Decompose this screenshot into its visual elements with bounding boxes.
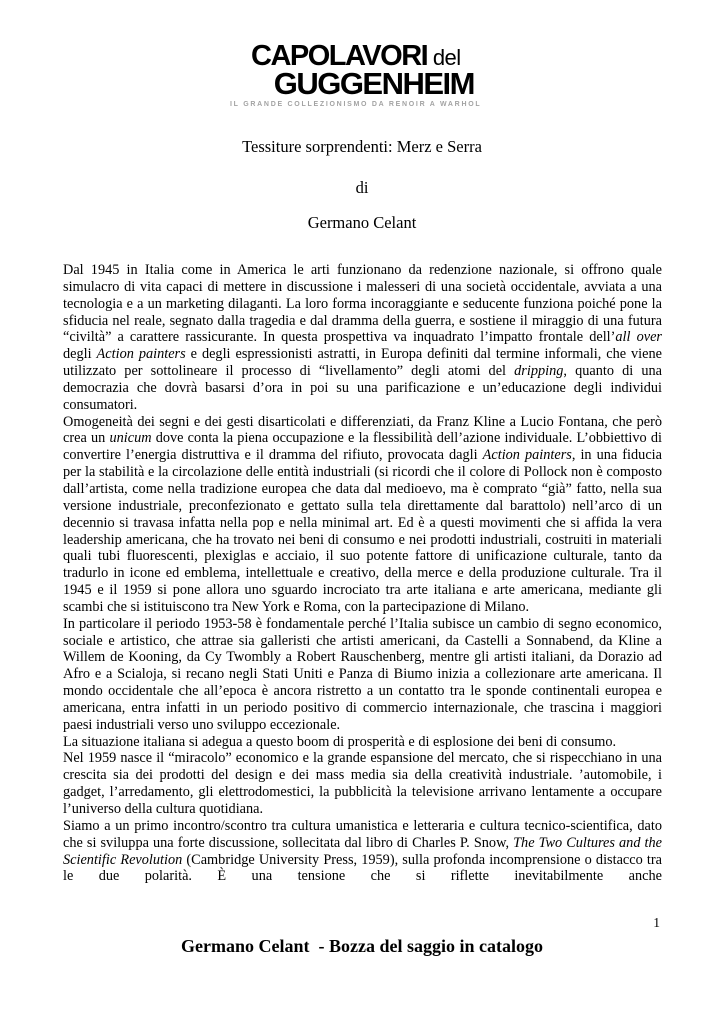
essay-author: Germano Celant: [0, 213, 724, 233]
guggenheim-logo: CAPOLAVORI del GUGGENHEIM IL GRANDE COLL…: [230, 42, 474, 108]
italic-text-run: Action painters: [483, 447, 572, 463]
paragraph: Nel 1959 nasce il “miracolo” economico e…: [63, 750, 662, 817]
text-run: In particolare il periodo 1953-58 è fond…: [63, 616, 662, 733]
essay-body: Dal 1945 in Italia come in America le ar…: [63, 262, 662, 885]
essay-byline: di: [0, 178, 724, 198]
paragraph: Dal 1945 in Italia come in America le ar…: [63, 262, 662, 414]
italic-text-run: Action painters: [97, 346, 186, 362]
italic-text-run: unicum: [109, 430, 151, 446]
text-run: La situazione italiana si adegua a quest…: [63, 734, 616, 750]
paragraph: La situazione italiana si adegua a quest…: [63, 734, 662, 751]
essay-title: Tessiture sorprendenti: Merz e Serra: [0, 137, 724, 157]
logo-tagline: IL GRANDE COLLEZIONISMO DA RENOIR A WARH…: [230, 101, 474, 108]
text-run: , in una fiducia per la stabilità e la c…: [63, 447, 662, 615]
italic-text-run: all over: [615, 329, 662, 345]
text-run: Nel 1959 nasce il “miracolo” economico e…: [63, 750, 662, 817]
text-run: degli: [63, 346, 97, 362]
footer-caption: Germano Celant - Bozza del saggio in cat…: [0, 936, 724, 957]
paragraph: Siamo a un primo incontro/scontro tra cu…: [63, 818, 662, 885]
italic-text-run: dripping: [514, 363, 563, 379]
logo-guggenheim-text: GUGGENHEIM: [230, 71, 474, 97]
page-number: 1: [653, 915, 660, 931]
document-page: CAPOLAVORI del GUGGENHEIM IL GRANDE COLL…: [0, 0, 724, 1024]
paragraph: Omogeneità dei segni e dei gesti disarti…: [63, 414, 662, 616]
paragraph: In particolare il periodo 1953-58 è fond…: [63, 616, 662, 734]
text-run: Dal 1945 in Italia come in America le ar…: [63, 262, 662, 345]
